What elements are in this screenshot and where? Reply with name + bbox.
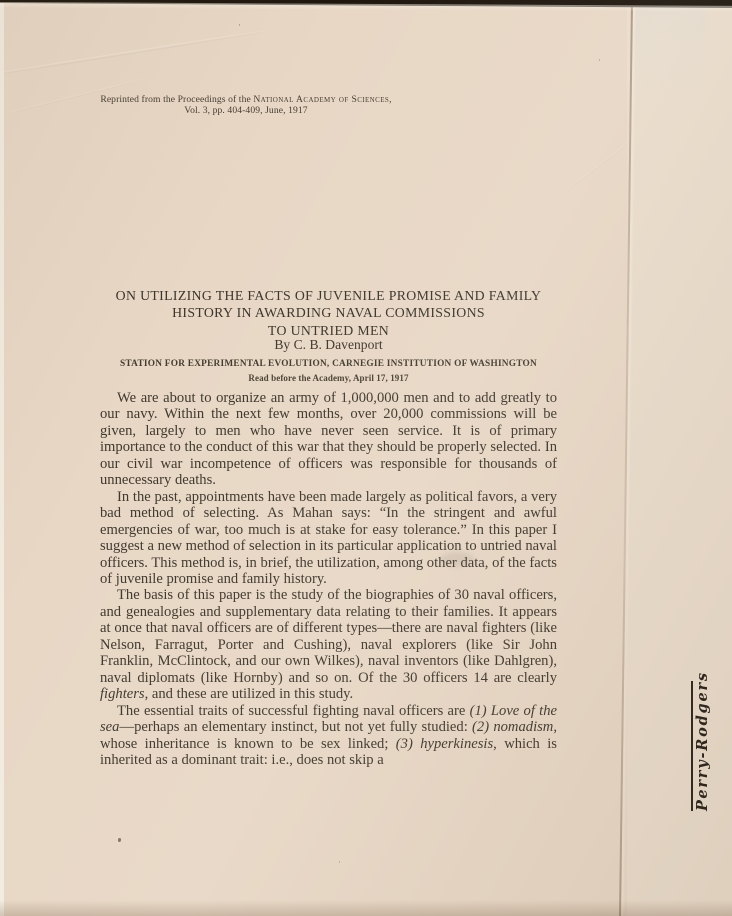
page-fold-right-panel [627,0,732,916]
body-paragraph: We are about to organize an army of 1,00… [100,390,557,489]
ink-specks [118,838,121,842]
reprint-line-2: Vol. 3, pp. 404-409, June, 1917 [96,105,396,116]
title-line: HISTORY IN AWARDING NAVAL COMMISSIONS [100,304,557,321]
scanned-paper-page: Reprinted from the Proceedings of the Na… [0,0,732,916]
article-title: ON UTILIZING THE FACTS OF JUVENILE PROMI… [100,287,557,339]
body-paragraph: The essential traits of successful fight… [100,703,557,769]
affiliation: STATION FOR EXPERIMENTAL EVOLUTION, CARN… [100,359,557,369]
byline: By C. B. Davenport [100,337,557,353]
body-paragraph: The basis of this paper is the study of … [100,587,557,702]
page-corner-highlight [629,3,707,118]
paper-crease [0,29,273,79]
body-paragraph: In the past, appointments have been made… [100,489,557,588]
page-left-edge [0,0,4,916]
page-bottom-shadow [0,900,732,916]
title-line: ON UTILIZING THE FACTS OF JUVENILE PROMI… [100,287,557,304]
article-body: We are about to organize an army of 1,00… [100,390,557,768]
reprint-line-1: Reprinted from the Proceedings of the Na… [96,94,396,105]
read-note: Read before the Academy, April 17, 1917 [100,373,557,383]
handwritten-annotation: Perry-Rodgers [691,681,711,811]
reprint-notice: Reprinted from the Proceedings of the Na… [96,94,396,116]
